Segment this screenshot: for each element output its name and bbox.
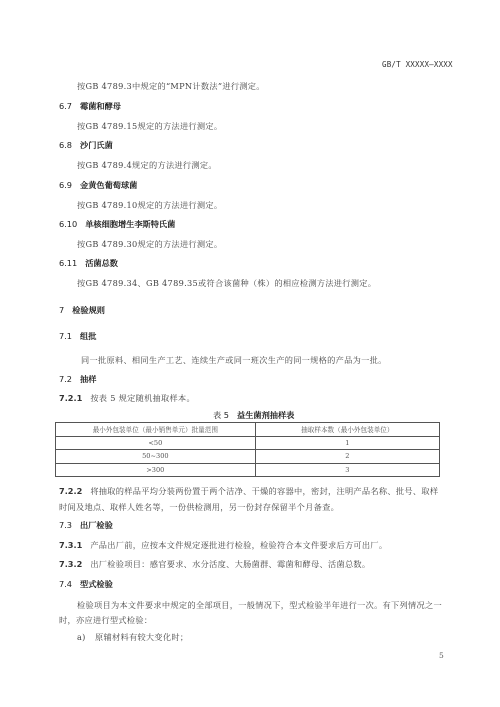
table-cell: 2 [255,450,439,464]
heading-7: 7检验规则 [59,305,105,316]
clause-number: 7.2.2 [59,486,82,496]
section-title: 活菌总数 [85,258,118,268]
heading-6-8: 6.8沙门氏菌 [59,140,113,151]
table-5-caption: 表 5益生菌剂抽样表 [213,410,294,421]
table-cell: 50~300 [56,450,256,464]
clause-7-3-1: 7.3.1产品出厂前，应按本文件规定逐批进行检验，检验符合本文件要求后方可出厂。 [59,540,387,551]
paragraph-6-10: 按GB 4789.30规定的方法进行测定。 [77,239,222,250]
paragraph-7-4-line2: 时，亦应进行型式检验： [59,615,152,626]
paragraph-7-4-line1: 检验项目为本文件要求中规定的全部项目，一般情况下，型式检验半年进行一次。有下列情… [77,600,442,611]
heading-7-4: 7.4型式检验 [59,579,113,590]
standard-number: GB/T XXXXX—XXXX [382,60,453,69]
section-title: 金黄色葡萄球菌 [80,180,137,190]
paragraph-6-11: 按GB 4789.34、GB 4789.35或符合该菌种（株）的相应检测方法进行… [77,278,376,289]
table-row: 50~300 2 [56,450,440,464]
heading-6-10: 6.10单核细胞增生李斯特氏菌 [59,219,175,230]
section-title: 组批 [80,331,96,341]
paragraph-6-9: 按GB 4789.10规定的方法进行测定。 [77,200,222,211]
section-title: 出厂检验 [80,520,113,530]
clause-7-2-2: 7.2.2将抽取的样品平均分装两份置于两个洁净、干燥的容器中，密封，注明产品名称… [59,486,438,497]
table-label: 表 5 [213,410,229,420]
clause-text-line1: 将抽取的样品平均分装两份置于两个洁净、干燥的容器中，密封，注明产品名称、批号、取… [90,486,438,496]
section-number: 7.4 [59,579,72,589]
heading-7-3: 7.3出厂检验 [59,520,113,531]
table-header-row: 最小外包装单位（最小销售单元）批量范围 抽取样本数（最小外包装单位） [56,423,440,437]
section-title: 沙门氏菌 [80,140,113,150]
clause-7-2-2-line2: 时间及地点、取样人姓名等，一份供检测用，另一份封存保留半个月备查。 [59,502,339,513]
section-number: 6.10 [59,219,77,229]
clause-text: 出厂检验项目：感官要求、水分活度、大肠菌群、霉菌和酵母、活菌总数。 [90,559,370,569]
table-row: >300 3 [56,463,440,477]
paragraph-mpn: 按GB 4789.3中规定的“MPN计数法”进行测定。 [77,81,265,92]
section-title: 型式检验 [80,579,113,589]
clause-number: 7.2.1 [59,393,82,403]
table-cell: 3 [255,463,439,477]
page-number: 5 [439,651,444,660]
section-number: 7.1 [59,331,72,341]
clause-7-2-1: 7.2.1按表 5 规定随机抽取样本。 [59,393,195,404]
clause-7-3-2: 7.3.2出厂检验项目：感官要求、水分活度、大肠菌群、霉菌和酵母、活菌总数。 [59,559,370,570]
section-title: 霉菌和酵母 [80,101,121,111]
table-header-cell: 抽取样本数（最小外包装单位） [255,423,439,437]
sampling-table: 最小外包装单位（最小销售单元）批量范围 抽取样本数（最小外包装单位） <50 1… [55,422,440,477]
section-number: 7.2 [59,374,72,384]
paragraph-6-8: 按GB 4789.4规定的方法进行测定。 [77,160,217,171]
section-number: 7 [59,305,64,315]
paragraph-7-1: 同一批原料、相同生产工艺、连续生产或同一班次生产的同一规格的产品为一批。 [81,355,387,366]
list-item-a: a)原辅材料有较大变化时； [77,632,188,643]
heading-7-1: 7.1组批 [59,331,96,342]
paragraph-6-7: 按GB 4789.15规定的方法进行测定。 [77,121,222,132]
table-cell: >300 [56,463,256,477]
table-title: 益生菌剂抽样表 [237,410,294,420]
section-number: 7.3 [59,520,72,530]
table-row: <50 1 [56,436,440,450]
section-number: 6.7 [59,101,72,111]
clause-text: 按表 5 规定随机抽取样本。 [90,393,195,403]
table-cell: 1 [255,436,439,450]
heading-6-7: 6.7霉菌和酵母 [59,101,121,112]
clause-number: 7.3.1 [59,540,82,550]
heading-6-9: 6.9金黄色葡萄球菌 [59,180,137,191]
clause-text: 产品出厂前，应按本文件规定逐批进行检验，检验符合本文件要求后方可出厂。 [90,540,387,550]
section-title: 抽样 [80,374,96,384]
list-text: 原辅材料有较大变化时； [95,632,188,642]
list-marker: a) [77,632,95,642]
section-number: 6.11 [59,258,77,268]
table-cell: <50 [56,436,256,450]
heading-7-2: 7.2抽样 [59,374,96,385]
clause-number: 7.3.2 [59,559,82,569]
section-number: 6.8 [59,140,72,150]
section-number: 6.9 [59,180,72,190]
section-title: 检验规则 [72,305,105,315]
heading-6-11: 6.11活菌总数 [59,258,118,269]
section-title: 单核细胞增生李斯特氏菌 [85,219,175,229]
table-header-cell: 最小外包装单位（最小销售单元）批量范围 [56,423,256,437]
